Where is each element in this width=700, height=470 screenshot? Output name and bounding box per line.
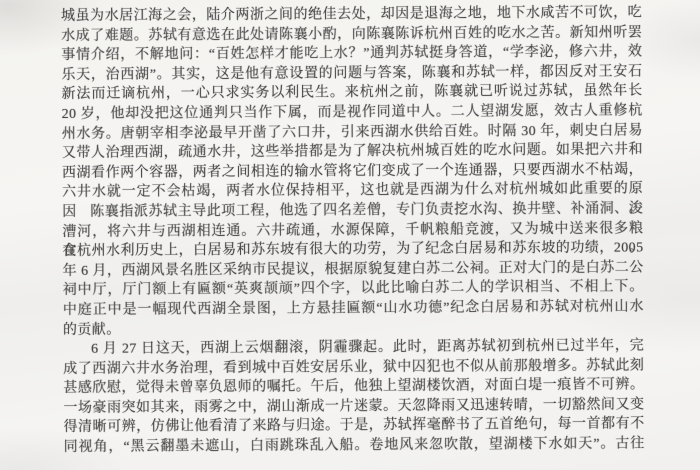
- text-line: 同视角，“黑云翻墨未遮山，白雨跳珠乱入船。卷地风来忽吹散，望湖楼下水如天”。古往: [64, 435, 645, 458]
- text-line: 中庭正中是一幅现代西湖全景图，上方悬挂匾额“山水功德”纪念白居易和苏轼对杭州山水: [63, 297, 644, 320]
- document-text-block: 城虽为水居江海之会，陆介两浙之间的绝佳去处，却因是退海之地，地下水咸苦不可饮，吃…: [61, 3, 645, 457]
- scanned-page: 城虽为水居江海之会，陆介两浙之间的绝佳去处，却因是退海之地，地下水咸苦不可饮，吃…: [0, 0, 700, 470]
